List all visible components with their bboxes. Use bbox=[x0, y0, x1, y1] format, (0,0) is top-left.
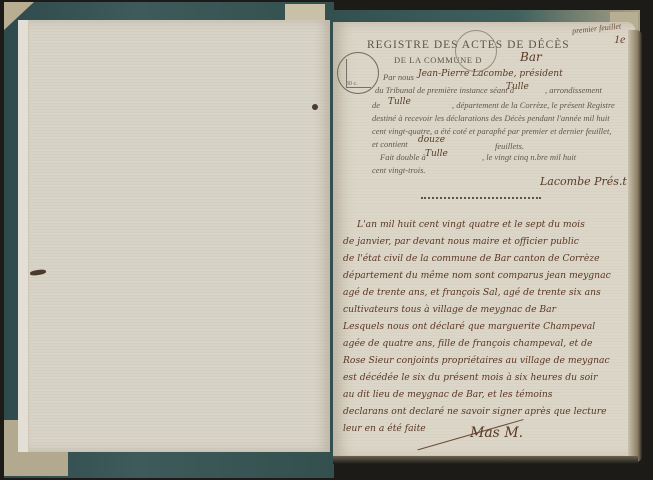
form-line-5: cent vingt-quatre, a été coté et paraphé… bbox=[372, 126, 611, 136]
form-line-1-printed: Par nous bbox=[383, 72, 414, 82]
commune-name: Bar bbox=[520, 50, 542, 64]
act-line: agé de trente ans, et françois Sal, agé … bbox=[343, 284, 628, 301]
act-line: cultivateurs tous à village de meygnac d… bbox=[343, 301, 628, 318]
imperial-arms-stamp-icon bbox=[455, 30, 497, 72]
cover-top-strip bbox=[285, 4, 325, 20]
act-line: agée de quatre ans, fille de françois ch… bbox=[343, 335, 628, 352]
tribunal-seal-icon: 30 c. bbox=[337, 52, 379, 94]
page-bottom-shadow bbox=[333, 456, 638, 464]
seal-value: 30 c. bbox=[346, 81, 358, 87]
form-line-3-after: , département de la Corrèze, le présent … bbox=[452, 100, 615, 110]
left-page-margin bbox=[18, 20, 29, 452]
mayor-signature: Mas M. bbox=[470, 425, 523, 441]
left-page bbox=[18, 20, 330, 452]
form-line-6-printed: et contient bbox=[372, 139, 408, 149]
form-line-2-after: , arrondissement bbox=[545, 85, 602, 95]
form-line-7-printed: Fait double à bbox=[380, 152, 426, 162]
form-line-2-hand: Tulle bbox=[506, 82, 529, 92]
form-line-4: destiné à recevoir les déclarations des … bbox=[372, 113, 610, 123]
folio-mark: 1e bbox=[614, 32, 625, 47]
form-line-3-printed: de bbox=[372, 100, 380, 110]
act-line: département du même nom sont comparus je… bbox=[343, 267, 628, 284]
form-line-7-after: , le vingt cinq n.bre mil huit bbox=[482, 152, 576, 162]
commune-line: DE LA COMMUNE D bbox=[394, 55, 482, 65]
ink-dot bbox=[312, 104, 318, 110]
form-line-6-hand: douze bbox=[418, 135, 445, 145]
act-line: L'an mil huit cent vingt quatre et le se… bbox=[343, 216, 628, 233]
act-line: Rose Sieur conjoints propriétaires au vi… bbox=[343, 352, 628, 369]
form-line-1-hand: Jean-Pierre Lacombe, président bbox=[418, 69, 563, 79]
page-edges bbox=[628, 30, 642, 462]
president-signature: Lacombe Prés.t bbox=[540, 175, 627, 188]
form-line-8: cent vingt-trois. bbox=[372, 165, 426, 175]
form-line-6-after: feuillets. bbox=[495, 141, 524, 151]
act-line: de janvier, par devant nous maire et off… bbox=[343, 233, 628, 250]
act-line: de l'état civil de la commune de Bar can… bbox=[343, 250, 628, 267]
form-line-2-printed: du Tribunal de première instance séant à bbox=[375, 85, 514, 95]
form-line-7-hand: Tulle bbox=[425, 149, 448, 159]
act-line: est décédée le six du présent mois à six… bbox=[343, 369, 628, 386]
separator-rule bbox=[421, 197, 541, 199]
act-line: Lesquels nous ont déclaré que marguerite… bbox=[343, 318, 628, 335]
form-line-3-hand: Tulle bbox=[388, 97, 411, 107]
